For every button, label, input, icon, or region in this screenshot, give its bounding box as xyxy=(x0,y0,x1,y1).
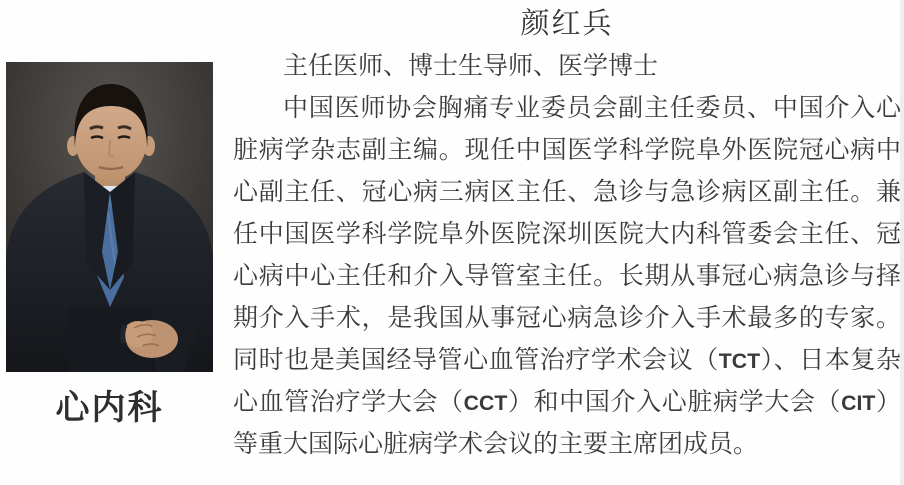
doctor-bio: 中国医师协会胸痛专业委员会副主任委员、中国介入心脏病学杂志副主编。现任中国医学科… xyxy=(233,88,901,466)
doctor-name: 颜红兵 xyxy=(233,3,901,46)
doctor-profile-page: 心内科 颜红兵 主任医师、博士生导师、医学博士 中国医师协会胸痛专业委员会副主任… xyxy=(0,0,904,485)
department-label: 心内科 xyxy=(6,388,213,428)
profile-text-column: 颜红兵 主任医师、博士生导师、医学博士 中国医师协会胸痛专业委员会副主任委员、中… xyxy=(233,3,901,466)
doctor-titles: 主任医师、博士生导师、医学博士 xyxy=(233,46,901,88)
page-right-edge xyxy=(900,0,904,485)
portrait-illustration xyxy=(6,62,213,372)
doctor-portrait-photo xyxy=(6,62,213,372)
